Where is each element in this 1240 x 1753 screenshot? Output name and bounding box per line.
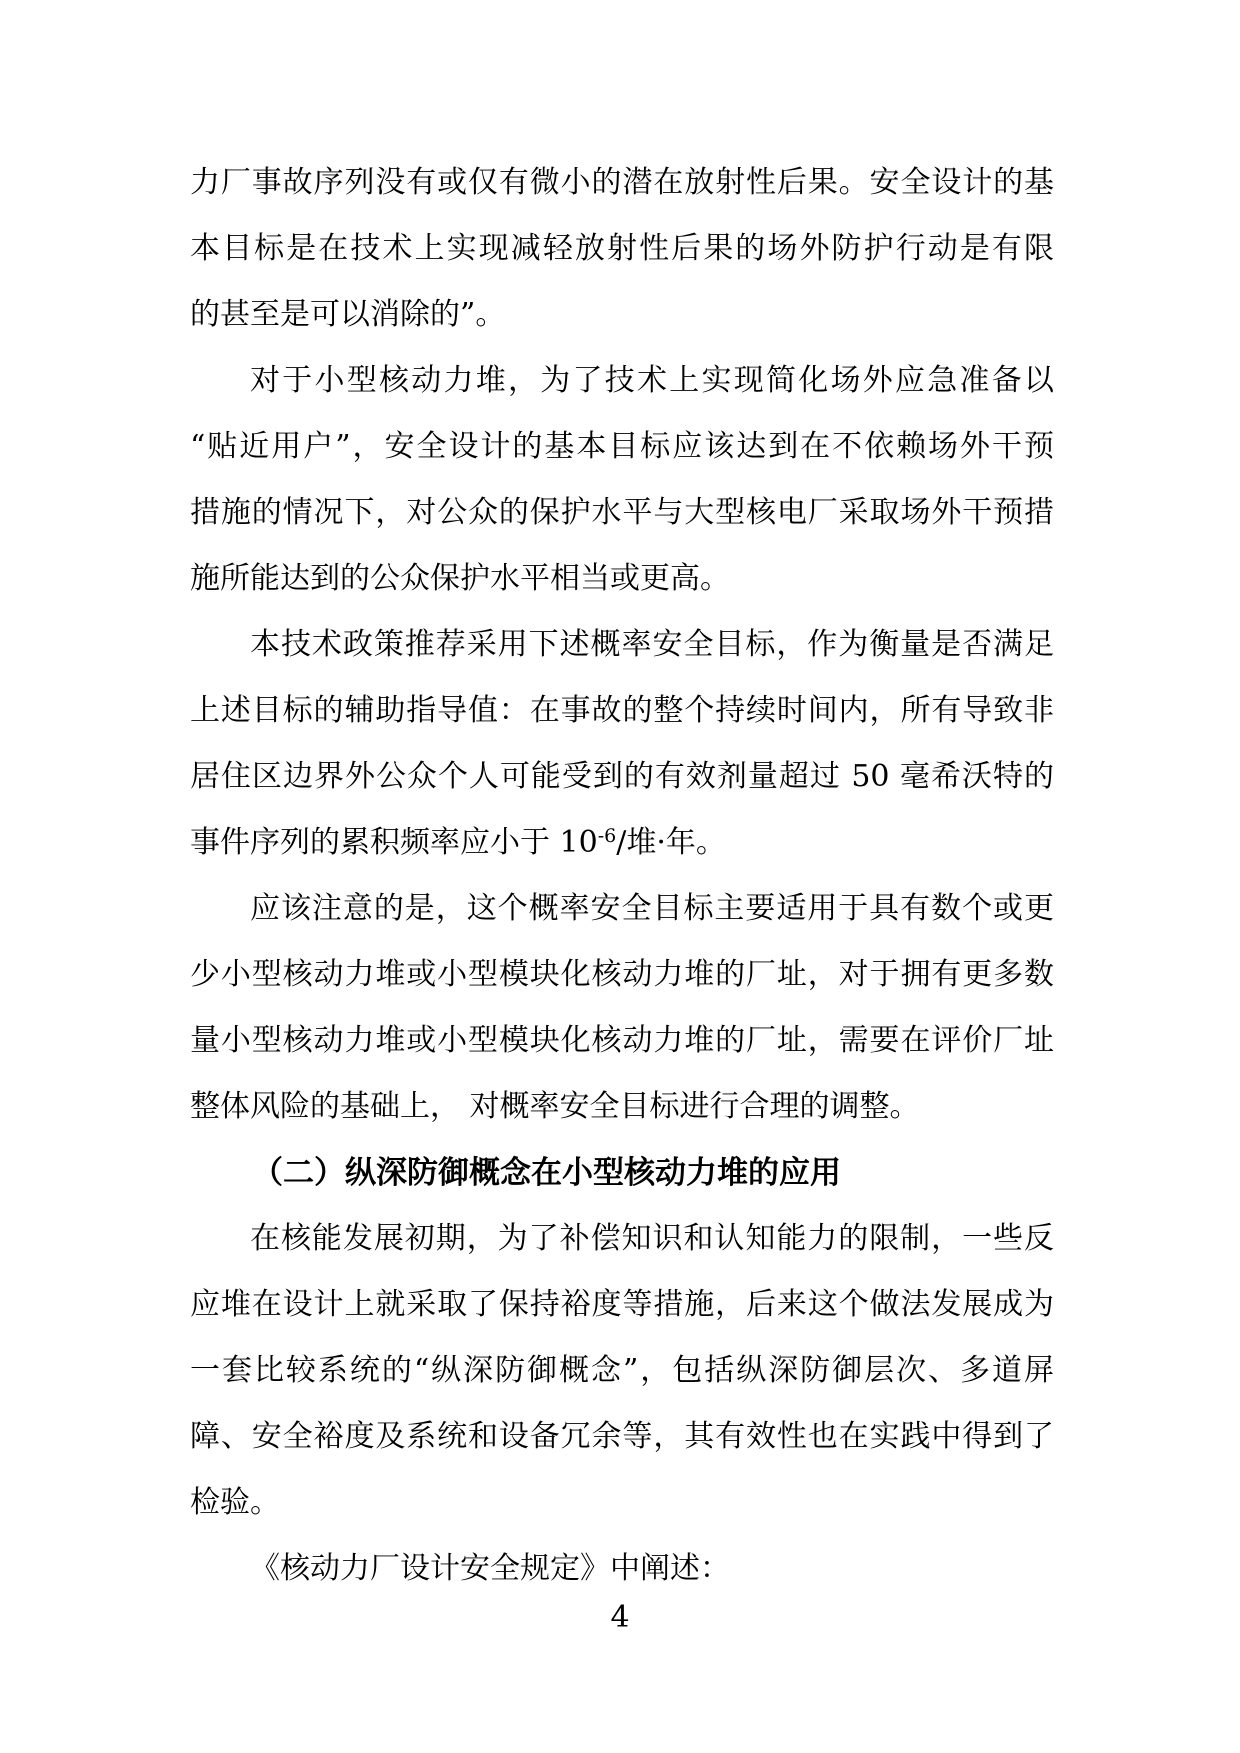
text-line: 本目标是在技术上实现减轻放射性后果的场外防护行动是有限: [190, 216, 1054, 282]
text-before-superscript: 事件序列的累积频率应小于 10: [190, 825, 598, 860]
text-after-superscript: /堆·年。: [616, 825, 726, 860]
superscript-exponent: -6: [598, 825, 617, 847]
text-line: 措施的情况下，对公众的保护水平与大型核电厂采取场外干预措: [190, 480, 1054, 546]
text-line: 检验。: [190, 1470, 1054, 1536]
text-line: 的甚至是可以消除的”。: [190, 282, 1054, 348]
text-line: 量小型核动力堆或小型模块化核动力堆的厂址，需要在评价厂址: [190, 1008, 1054, 1074]
text-line: 应堆在设计上就采取了保持裕度等措施，后来这个做法发展成为: [190, 1272, 1054, 1338]
text-line: 应该注意的是，这个概率安全目标主要适用于具有数个或更: [190, 876, 1054, 942]
text-line: 整体风险的基础上， 对概率安全目标进行合理的调整。: [190, 1074, 1054, 1140]
text-line: 一套比较系统的“纵深防御概念”，包括纵深防御层次、多道屏: [190, 1338, 1054, 1404]
text-line: 对于小型核动力堆，为了技术上实现简化场外应急准备以: [190, 348, 1054, 414]
text-line: 障、安全裕度及系统和设备冗余等，其有效性也在实践中得到了: [190, 1404, 1054, 1470]
document-body: 力厂事故序列没有或仅有微小的潜在放射性后果。安全设计的基 本目标是在技术上实现减…: [190, 150, 1054, 1602]
document-page: 力厂事故序列没有或仅有微小的潜在放射性后果。安全设计的基 本目标是在技术上实现减…: [0, 0, 1240, 1753]
page-number: 4: [0, 1596, 1240, 1640]
text-line: 少小型核动力堆或小型模块化核动力堆的厂址，对于拥有更多数: [190, 942, 1054, 1008]
text-line: 上述目标的辅助指导值：在事故的整个持续时间内，所有导致非: [190, 678, 1054, 744]
text-line: 在核能发展初期，为了补偿知识和认知能力的限制，一些反: [190, 1206, 1054, 1272]
text-line: “贴近用户”，安全设计的基本目标应该达到在不依赖场外干预: [190, 414, 1054, 480]
text-line: 《核动力厂设计安全规定》中阐述：: [190, 1536, 1054, 1602]
text-line-with-superscript: 事件序列的累积频率应小于 10-6/堆·年。: [190, 810, 1054, 876]
text-line: 施所能达到的公众保护水平相当或更高。: [190, 546, 1054, 612]
text-line: 居住区边界外公众个人可能受到的有效剂量超过 50 毫希沃特的: [190, 744, 1054, 810]
text-line: 力厂事故序列没有或仅有微小的潜在放射性后果。安全设计的基: [190, 150, 1054, 216]
text-line: 本技术政策推荐采用下述概率安全目标，作为衡量是否满足: [190, 612, 1054, 678]
section-heading: （二）纵深防御概念在小型核动力堆的应用: [190, 1140, 1054, 1206]
